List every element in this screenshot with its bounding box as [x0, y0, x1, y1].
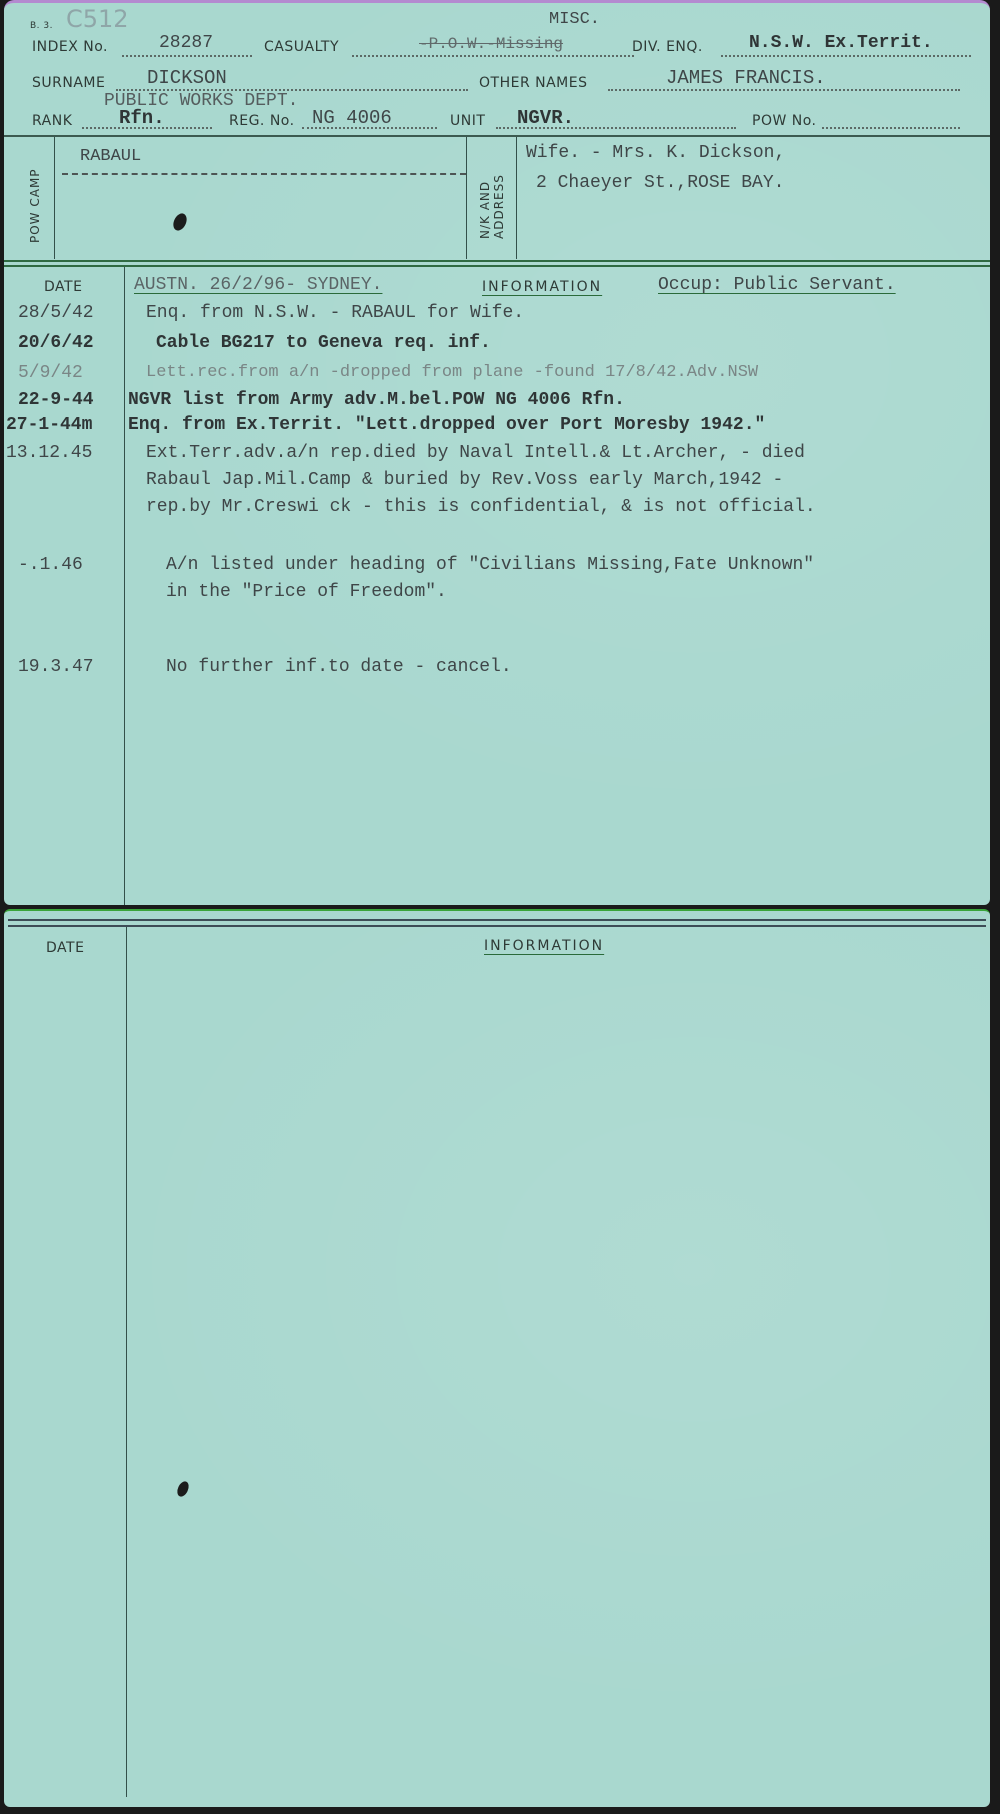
- entry-text: Cable BG217 to Geneva req. inf.: [156, 333, 491, 353]
- surname-value: DICKSON: [147, 67, 227, 89]
- entry-date: 22-9-44: [18, 390, 94, 410]
- entry-text: No further inf.to date - cancel.: [166, 657, 512, 677]
- index-label: INDEX No.: [32, 39, 108, 55]
- pow-camp-label: POW CAMP: [28, 168, 42, 243]
- casualty-struck: -P.O.W.-Missing: [419, 35, 563, 53]
- entry-text: Ext.Terr.adv.a/n rep.died by Naval Intel…: [146, 443, 805, 463]
- entry-date: 20/6/42: [18, 333, 94, 353]
- pow-no-label: POW No.: [752, 113, 817, 129]
- index-value: 28287: [159, 33, 213, 53]
- rank-value: Rfn.: [119, 107, 165, 129]
- entry-text: Enq. from N.S.W. - RABAUL for Wife.: [146, 303, 524, 323]
- entry-date: -.1.46: [18, 555, 83, 575]
- entry-date: 19.3.47: [18, 657, 94, 677]
- nk-line-1: Wife. - Mrs. K. Dickson,: [526, 143, 785, 163]
- pow-camp-value: RABAUL: [80, 147, 141, 166]
- form-code: B. 3.: [30, 21, 53, 31]
- occupation-line: Occup: Public Servant.: [658, 275, 896, 295]
- casualty-value: MISC.: [549, 10, 600, 29]
- entry-text: Enq. from Ex.Territ. "Lett.dropped over …: [128, 415, 765, 435]
- entry-date: 5/9/42: [18, 363, 83, 383]
- entry-date: 13.12.45: [6, 443, 92, 463]
- reg-value: NG 4006: [312, 107, 392, 129]
- nk-line-2: 2 Chaeyer St.,ROSE BAY.: [536, 173, 784, 193]
- unit-value: NGVR.: [517, 107, 574, 129]
- birth-line: AUSTN. 26/2/96- SYDNEY.: [134, 275, 382, 295]
- surname-label: SURNAME: [32, 75, 105, 91]
- punch-hole: [175, 1480, 191, 1499]
- casualty-label: CASUALTY: [264, 39, 339, 55]
- div-enq-value: N.S.W. Ex.Territ.: [749, 33, 933, 53]
- date-header: DATE: [44, 279, 82, 295]
- record-card-back: DATE INFORMATION: [4, 909, 990, 1807]
- other-names-value: JAMES FRANCIS.: [666, 67, 826, 89]
- info-header: INFORMATION: [482, 279, 602, 295]
- entry-date: 28/5/42: [18, 303, 94, 323]
- punch-hole: [171, 211, 189, 232]
- reg-label: REG. No.: [229, 113, 295, 129]
- nk-label: N/K ANDADDRESS: [478, 174, 506, 239]
- rank-label: RANK: [32, 113, 72, 129]
- entry-date: 27-1-44m: [6, 415, 92, 435]
- entry-text: in the "Price of Freedom".: [166, 582, 447, 602]
- entry-text: Lett.rec.from a/n -dropped from plane -f…: [146, 363, 758, 382]
- back-date-header: DATE: [46, 940, 84, 956]
- div-enq-label: DIV. ENQ.: [632, 39, 703, 55]
- entry-text: NGVR list from Army adv.M.bel.POW NG 400…: [128, 390, 625, 410]
- unit-label: UNIT: [450, 113, 485, 129]
- entry-text: A/n listed under heading of "Civilians M…: [166, 555, 814, 575]
- entry-text: rep.by Mr.Creswi ck - this is confidenti…: [146, 497, 816, 517]
- entry-text: Rabaul Jap.Mil.Camp & buried by Rev.Voss…: [146, 470, 783, 490]
- back-info-header: INFORMATION: [484, 938, 604, 954]
- pencil-note: C512: [66, 5, 129, 33]
- record-card-front: B. 3. C512 INDEX No. 28287 CASUALTY -P.O…: [4, 0, 990, 905]
- other-names-label: OTHER NAMES: [479, 75, 587, 91]
